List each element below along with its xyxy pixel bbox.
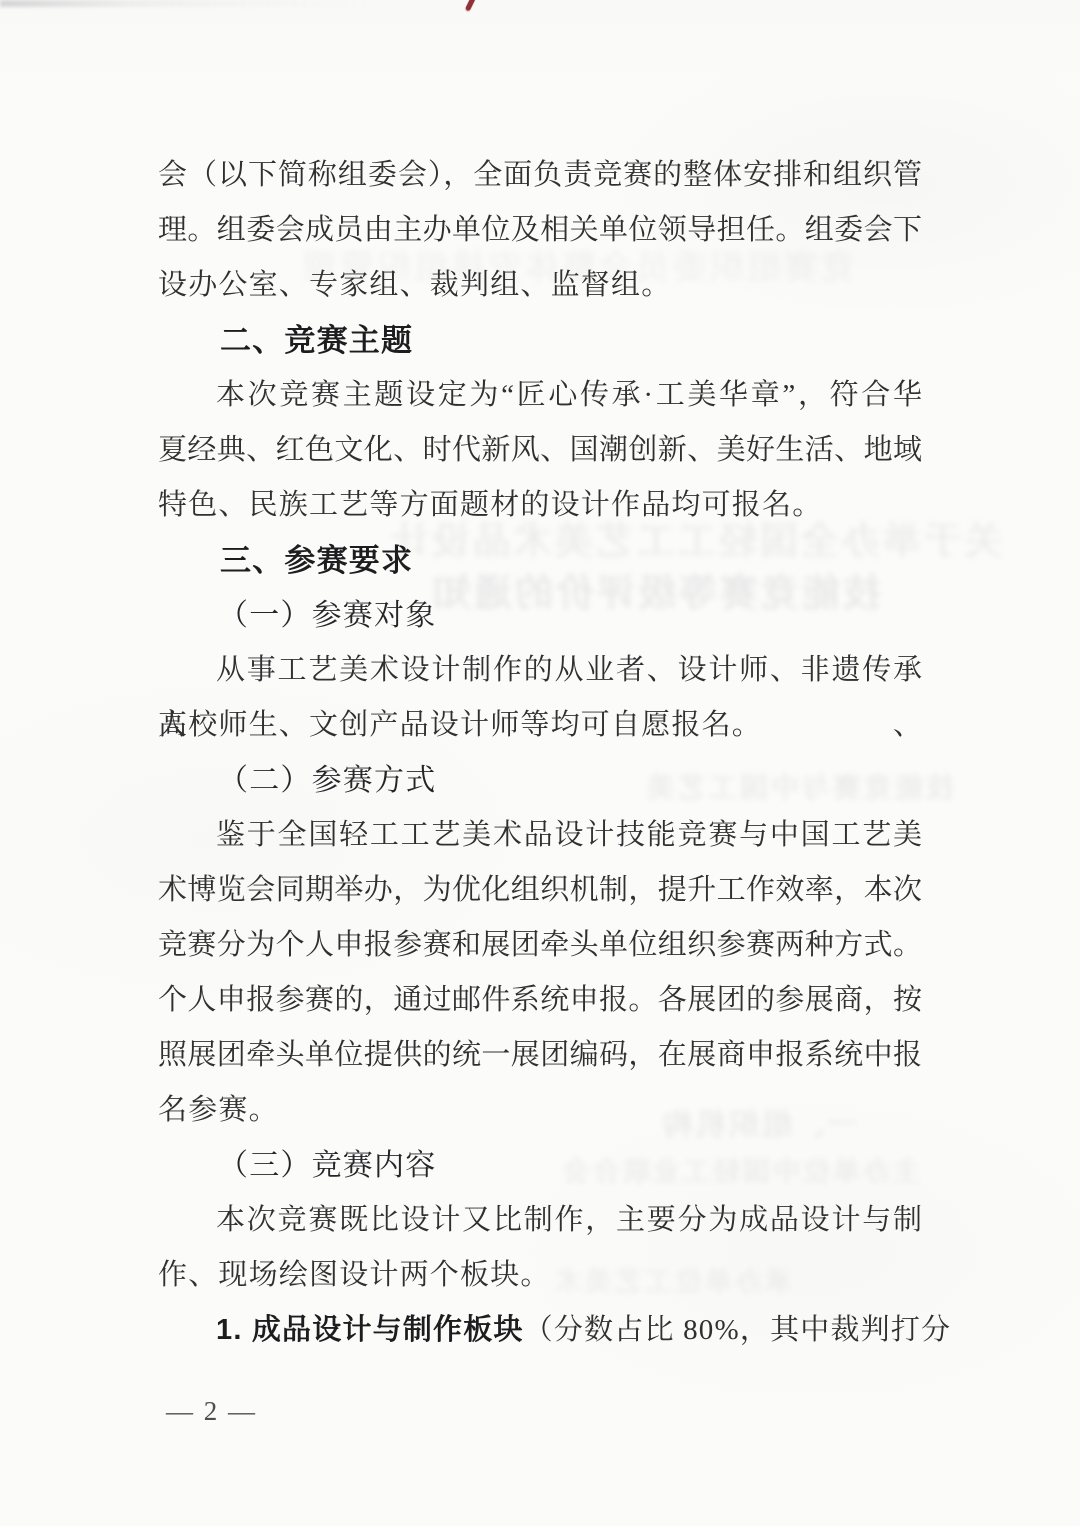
text-line: 理。组委会成员由主办单位及相关单位领导担任。组委会下 [158, 203, 922, 258]
text-line: 夏经典、红色文化、时代新风、国潮创新、美好生活、地域 [158, 423, 922, 478]
document-body: 会（以下简称组委会），全面负责竞赛的整体安排和组织管理。组委会成员由主办单位及相… [158, 148, 922, 1358]
text-line: 本次竞赛主题设定为“匠心传承·工美华章”，符合华 [158, 368, 922, 423]
text-line: 设办公室、专家组、裁判组、监督组。 [158, 258, 922, 313]
section-heading: 三、参赛要求 [158, 533, 922, 588]
text-line: 个人申报参赛的，通过邮件系统申报。各展团的参展商，按 [158, 973, 922, 1028]
text-line: 鉴于全国轻工工艺美术品设计技能竞赛与中国工艺美 [158, 808, 922, 863]
text-line: 特色、民族工艺等方面题材的设计作品均可报名。 [158, 478, 922, 533]
text-line: 会（以下简称组委会），全面负责竞赛的整体安排和组织管 [158, 148, 922, 203]
text-line: 竞赛分为个人申报参赛和展团牵头单位组织参赛两种方式。 [158, 918, 922, 973]
bold-run: 1. 成品设计与制作板块 [216, 1314, 524, 1346]
text-line: 从事工艺美术设计制作的从业者、设计师、非遗传承人、 [158, 643, 922, 698]
page-number: — 2 — [166, 1396, 257, 1426]
section-heading: 二、竞赛主题 [158, 313, 922, 368]
text-line: 名参赛。 [158, 1083, 922, 1138]
scanned-document-page: { "document": { "lines": [ {"text": "会（以… [0, 0, 1080, 1526]
text-line: 作、现场绘图设计两个板块。 [158, 1248, 922, 1303]
text-line: 照展团牵头单位提供的统一展团编码，在展商申报系统中报 [158, 1028, 922, 1083]
text-run: （分数占比 80%，其中裁判打分 [524, 1314, 952, 1346]
red-ink-mark [465, 0, 476, 11]
text-line: 术博览会同期举办，为优化组织机制，提升工作效率，本次 [158, 863, 922, 918]
subsection-heading: （三）竞赛内容 [158, 1138, 922, 1193]
subsection-heading: （一）参赛对象 [158, 588, 922, 643]
subsection-heading: （二）参赛方式 [158, 753, 922, 808]
text-line: 1. 成品设计与制作板块（分数占比 80%，其中裁判打分 [158, 1303, 922, 1358]
text-line: 本次竞赛既比设计又比制作，主要分为成品设计与制 [158, 1193, 922, 1248]
scan-edge-smudge [0, 0, 370, 7]
